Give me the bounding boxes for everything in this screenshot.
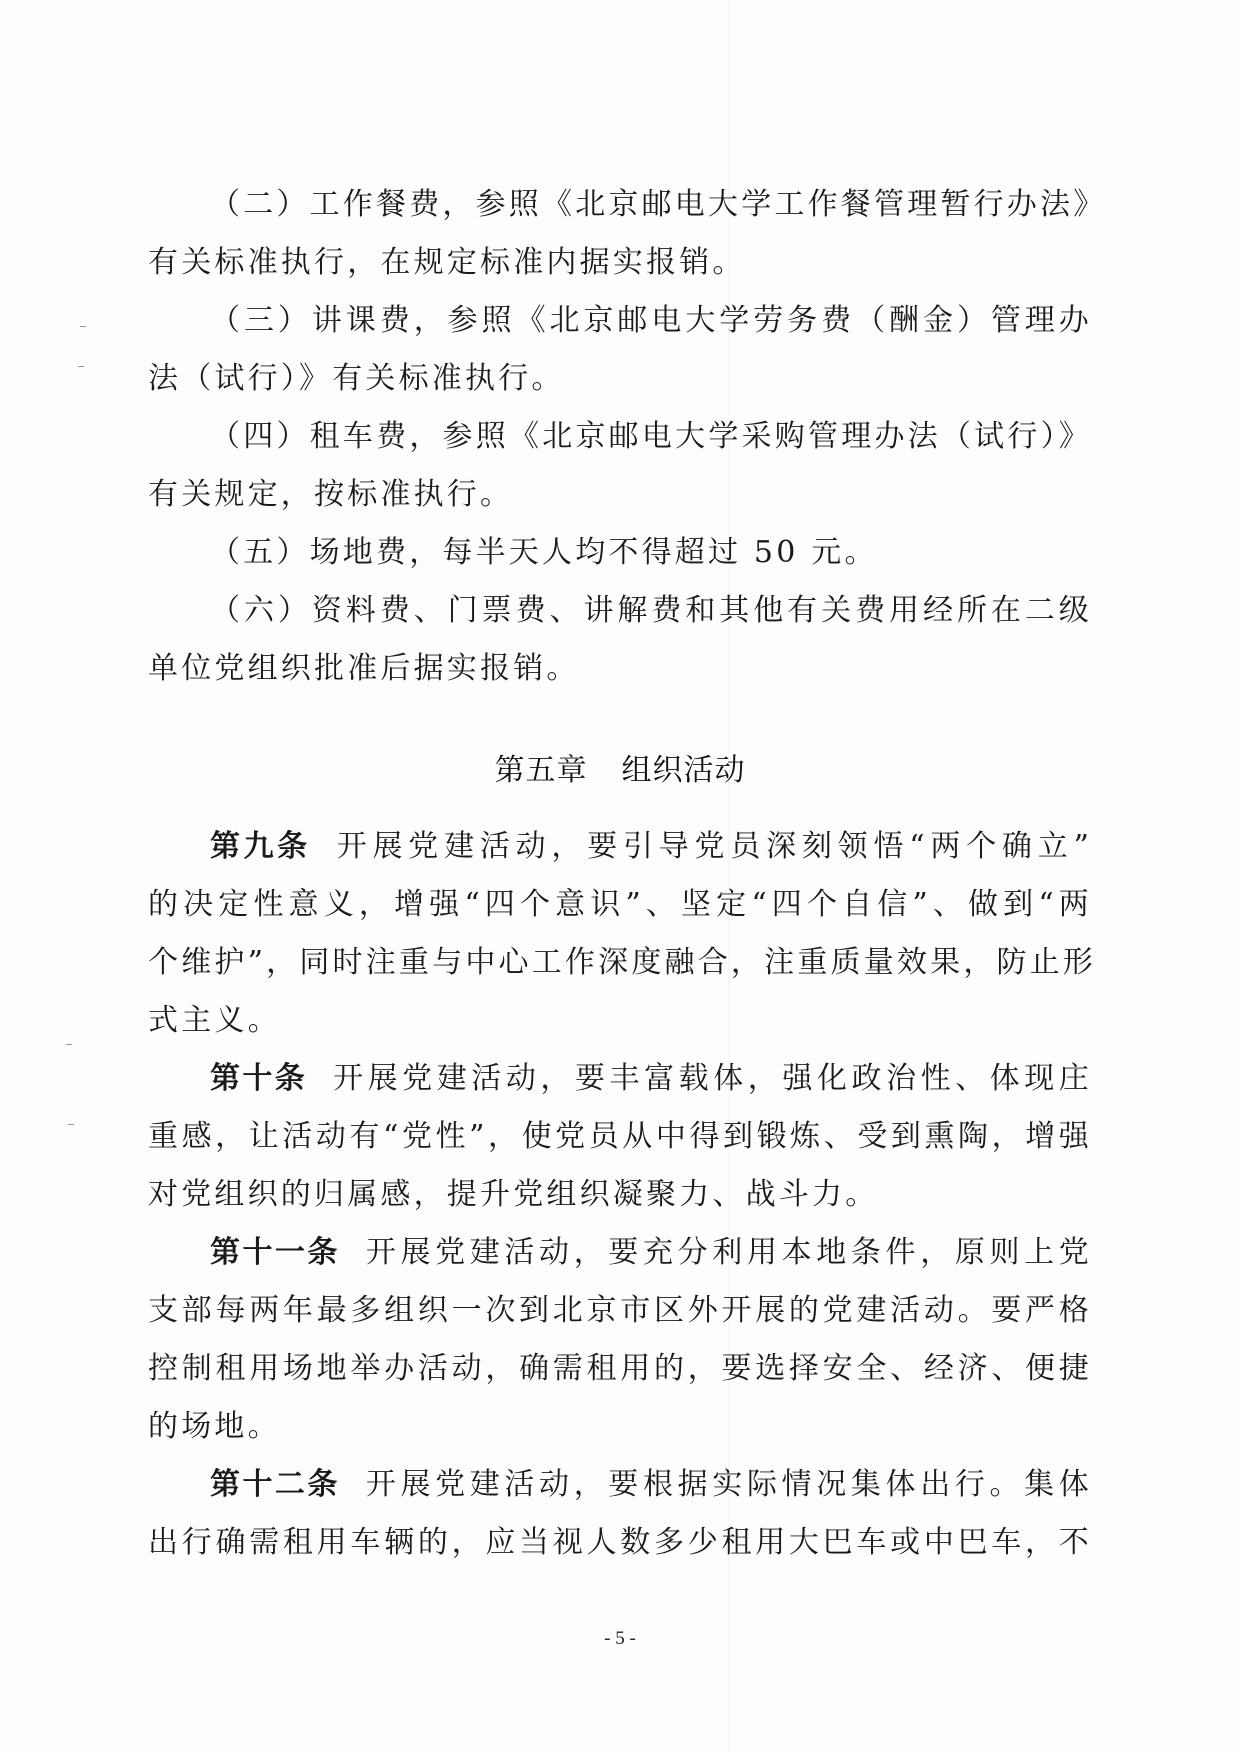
- scan-margin-mark: [66, 1044, 72, 1045]
- chapter-number: 第五章: [495, 753, 588, 788]
- chapter-title: 组织活动: [622, 753, 746, 788]
- article-11-first-line: 开展党建活动，要充分利用本地条件，原则上党: [366, 1235, 1092, 1270]
- item-3-line-1: （三）讲课费，参照《北京邮电大学劳务费（酬金）管理办: [210, 301, 1092, 341]
- item-2-line-1: （二）工作餐费，参照《北京邮电大学工作餐管理暂行办法》: [210, 185, 1092, 225]
- article-10-line-3: 对党组织的归属感，提升党组织凝聚力、战斗力。: [148, 1175, 1092, 1215]
- article-10-first-line: 开展党建活动，要丰富载体，强化政治性、体现庄: [333, 1061, 1092, 1096]
- article-9-line-3: 个维护”，同时注重与中心工作深度融合，注重质量效果，防止形: [148, 943, 1092, 983]
- scan-margin-mark: [80, 326, 86, 327]
- article-10-line-2: 重感，让活动有“党性”，使党员从中得到锻炼、受到熏陶，增强: [148, 1117, 1092, 1157]
- item-2-line-2: 有关标准执行，在规定标准内据实报销。: [148, 243, 1092, 283]
- scan-margin-mark: [68, 1124, 74, 1125]
- page-number: - 5 -: [0, 1628, 1240, 1650]
- item-4-line-1: （四）租车费，参照《北京邮电大学采购管理办法（试行）》: [210, 417, 1092, 457]
- item-6-line-1: （六）资料费、门票费、讲解费和其他有关费用经所在二级: [210, 591, 1092, 631]
- article-11-line-3: 控制租用场地举办活动，确需租用的，要选择安全、经济、便捷: [148, 1349, 1092, 1389]
- article-11-line-2: 支部每两年最多组织一次到北京市区外开展的党建活动。要严格: [148, 1291, 1092, 1331]
- article-10-label: 第十条: [210, 1061, 307, 1096]
- article-10-line-1: 第十条开展党建活动，要丰富载体，强化政治性、体现庄: [210, 1059, 1092, 1099]
- chapter-heading: 第五章组织活动: [0, 745, 1240, 789]
- article-11-label: 第十一条: [210, 1235, 340, 1270]
- item-3-line-2: 法（试行）》有关标准执行。: [148, 359, 1092, 399]
- article-9-line-2: 的决定性意义，增强“四个意识”、坚定“四个自信”、做到“两: [148, 885, 1092, 925]
- article-9-first-line: 开展党建活动，要引导党员深刻领悟“两个确立”: [337, 829, 1092, 864]
- scan-margin-mark: [78, 366, 84, 367]
- article-9-label: 第九条: [210, 829, 311, 864]
- article-12-line-1: 第十二条开展党建活动，要根据实际情况集体出行。集体: [210, 1465, 1092, 1505]
- item-4-line-2: 有关规定，按标准执行。: [148, 475, 1092, 515]
- item-6-line-2: 单位党组织批准后据实报销。: [148, 649, 1092, 689]
- article-12-label: 第十二条: [210, 1467, 340, 1502]
- article-12-line-2: 出行确需租用车辆的，应当视人数多少租用大巴车或中巴车，不: [148, 1523, 1092, 1563]
- document-page: （二）工作餐费，参照《北京邮电大学工作餐管理暂行办法》 有关标准执行，在规定标准…: [0, 0, 1240, 1753]
- article-9-line-1: 第九条开展党建活动，要引导党员深刻领悟“两个确立”: [210, 827, 1092, 867]
- item-5-line-1: （五）场地费，每半天人均不得超过 50 元。: [210, 533, 1092, 573]
- article-11-line-1: 第十一条开展党建活动，要充分利用本地条件，原则上党: [210, 1233, 1092, 1273]
- article-9-line-4: 式主义。: [148, 1001, 1092, 1041]
- article-11-line-4: 的场地。: [148, 1407, 1092, 1447]
- article-12-first-line: 开展党建活动，要根据实际情况集体出行。集体: [366, 1467, 1092, 1502]
